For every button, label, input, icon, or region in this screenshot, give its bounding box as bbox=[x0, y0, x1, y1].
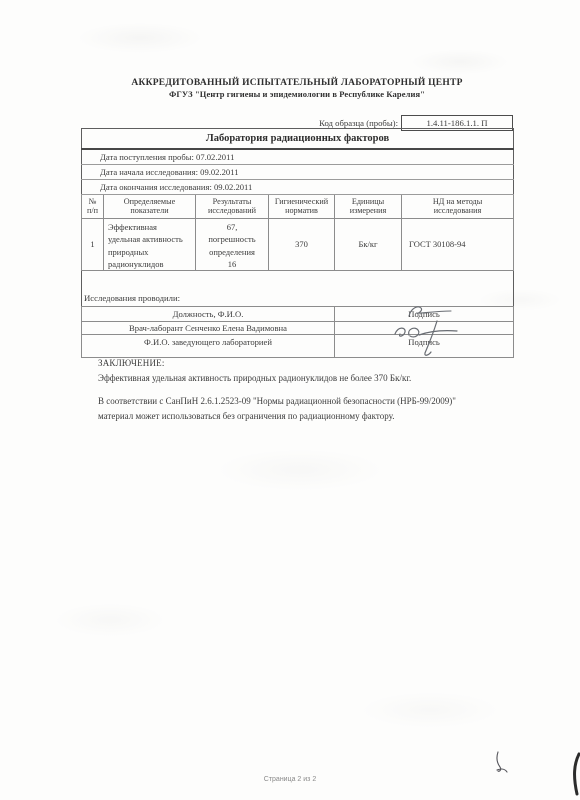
signature-2-label: Подпись bbox=[335, 335, 514, 358]
cell-result: 67, погрешность определения 16 bbox=[196, 219, 269, 271]
researchers-heading: Исследования проводили: bbox=[82, 271, 514, 307]
date-received: Дата поступления пробы: 07.02.2011 bbox=[82, 149, 514, 165]
col-header-norm: Гигиенический норматив bbox=[269, 195, 335, 219]
position-name-header: Должность, Ф.И.О. bbox=[82, 307, 335, 322]
col-header-result: Результаты исследований bbox=[196, 195, 269, 219]
col-header-indicator: Определяемые показатели bbox=[104, 195, 196, 219]
pen-mark bbox=[490, 750, 512, 778]
scan-edge-artifact bbox=[568, 752, 580, 796]
page-footer: Страница 2 из 2 bbox=[0, 776, 580, 783]
signature-header: Подпись bbox=[335, 307, 514, 322]
conclusion-heading: ЗАКЛЮЧЕНИЕ: bbox=[98, 358, 498, 368]
col-header-num: № п/п bbox=[82, 195, 104, 219]
researcher-name: Врач-лаборант Сенченко Елена Вадимовна bbox=[82, 322, 335, 335]
scanned-document-page: АККРЕДИТОВАННЫЙ ИСПЫТАТЕЛЬНЫЙ ЛАБОРАТОРН… bbox=[0, 0, 580, 800]
signature-1-cell bbox=[335, 322, 514, 335]
org-subtitle: ФГУЗ "Центр гигиены и эпидемиологии в Ре… bbox=[81, 89, 513, 100]
conclusion-line-2: В соответствии с СанПиН 2.6.1.2523-09 "Н… bbox=[98, 396, 456, 406]
cell-indicator: Эффективная удельная активность природны… bbox=[104, 219, 196, 271]
conclusion-paragraph: В соответствии с СанПиН 2.6.1.2523-09 "Н… bbox=[98, 394, 498, 423]
cell-norm: 370 bbox=[269, 219, 335, 271]
col-header-method: НД на методы исследования bbox=[402, 195, 514, 219]
document-header: АККРЕДИТОВАННЫЙ ИСПЫТАТЕЛЬНЫЙ ЛАБОРАТОРН… bbox=[81, 78, 513, 100]
cell-method: ГОСТ 30108-94 bbox=[402, 219, 514, 271]
date-finished: Дата окончания исследования: 09.02.2011 bbox=[82, 180, 514, 195]
cell-row-number: 1 bbox=[82, 219, 104, 271]
date-started: Дата начала исследования: 09.02.2011 bbox=[82, 165, 514, 180]
results-table: Лаборатория радиационных факторов Дата п… bbox=[81, 128, 514, 358]
conclusion-line-3: материал может использоваться без ограни… bbox=[98, 411, 394, 421]
conclusion-section: ЗАКЛЮЧЕНИЕ: Эффективная удельная активно… bbox=[98, 358, 498, 423]
lab-title: Лаборатория радиационных факторов bbox=[82, 129, 514, 150]
cell-units: Бк/кг bbox=[335, 219, 402, 271]
conclusion-line-1: Эффективная удельная активность природны… bbox=[98, 372, 498, 385]
org-title: АККРЕДИТОВАННЫЙ ИСПЫТАТЕЛЬНЫЙ ЛАБОРАТОРН… bbox=[81, 78, 513, 89]
sample-code-label: Код образца (пробы): bbox=[319, 118, 398, 128]
lab-head-label: Ф.И.О. заведующего лабораторией bbox=[82, 335, 335, 358]
col-header-units: Единицы измерения bbox=[335, 195, 402, 219]
